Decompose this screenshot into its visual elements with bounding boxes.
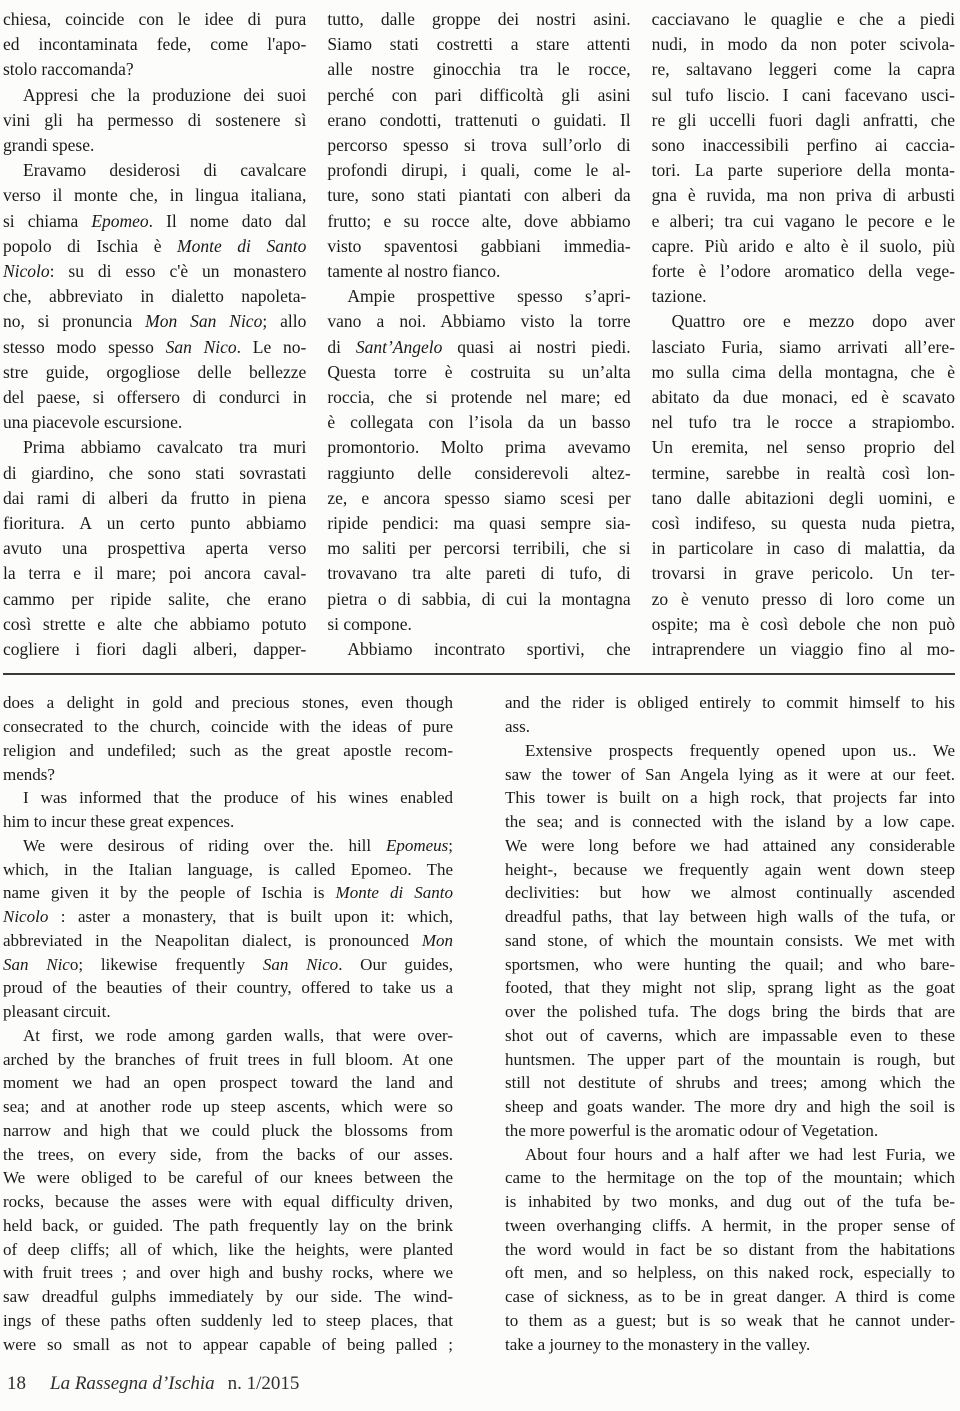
text-line: with fruit trees ; and over high and bus… [3, 1261, 453, 1285]
text-line: tutto, dalle groppe dei nostri asini. [327, 7, 630, 32]
text-line: profondi dirupi, i quali, come le al- [327, 158, 630, 183]
text-line: dai rami di alberi da frutto in piena [3, 486, 306, 511]
text-line: the word would in fact be so distant fro… [505, 1238, 955, 1262]
text-line: di Sant’Angelo quasi ai nostri piedi. [327, 335, 630, 360]
text-line: We were desirous of riding over the. hil… [3, 834, 453, 858]
text-line: ed incontaminata fede, come l'apo- [3, 32, 306, 57]
text-line: Siamo stati costretti a stare attenti [327, 32, 630, 57]
text-line: Nicolo : aster a monastery, that is buil… [3, 905, 453, 929]
text-line: This tower is built on a high rock, that… [505, 786, 955, 810]
english-column-2: and the rider is obliged entirely to com… [505, 691, 955, 1356]
text-line: alle nostre ginocchia tra le rocce, [327, 57, 630, 82]
text-line: percorso spesso si trova sull’orlo di [327, 133, 630, 158]
text-line: religion and undefiled; such as the grea… [3, 739, 453, 763]
text-line: cacciavano le quaglie e che a piedi [652, 7, 955, 32]
text-line: Prima abbiamo cavalcato tra muri [3, 435, 306, 460]
text-line: del paese, si offersero di condurci in [3, 385, 306, 410]
text-line: the trees, on every side, from the backs… [3, 1143, 453, 1167]
text-line: the more powerful is the aromatic odour … [505, 1119, 955, 1143]
text-line: Appresi che la produzione dei suoi [3, 83, 306, 108]
text-line: him to incur these great expences. [3, 810, 453, 834]
text-line: zo è venuto presso di loro come un [652, 587, 955, 612]
text-line: is inhabited by two monks, and dug out o… [505, 1190, 955, 1214]
text-line: mo sulla cima della montagna, che è [652, 360, 955, 385]
text-line: ture, sono stati piantati con alberi da [327, 183, 630, 208]
text-line: held back, or guided. The path frequentl… [3, 1214, 453, 1238]
text-line: cogliere i fiori dagli alberi, dapper- [3, 637, 306, 662]
text-line: arched by the branches of fruit trees in… [3, 1048, 453, 1072]
text-line: ze, e ancora spesso siamo scesi per [327, 486, 630, 511]
english-column-1: does a delight in gold and precious ston… [3, 691, 453, 1356]
text-line: tamente al nostro fianco. [327, 259, 630, 284]
text-line: e alberi; tra cui vagano le pecore e le [652, 209, 955, 234]
text-line: Abbiamo incontrato sportivi, che [327, 637, 630, 662]
text-line: of deep cliffs; all of which, like the h… [3, 1238, 453, 1262]
text-line: came to the hermitage on the top of the … [505, 1166, 955, 1190]
text-line: così indifeso, su questa nuda pietra, [652, 511, 955, 536]
text-line: to them as a guest; but is so weak that … [505, 1309, 955, 1333]
text-line: declivities: but how we almost continual… [505, 881, 955, 905]
text-line: and the rider is obliged entirely to com… [505, 691, 955, 715]
page-footer: 18 La Rassegna d’Ischia n. 1/2015 [3, 1373, 955, 1395]
text-line: San Nico; likewise frequently San Nico. … [3, 953, 453, 977]
text-line: raggiunto delle considerevoli altez- [327, 461, 630, 486]
text-line: still not destitute of shrubs and trees;… [505, 1071, 955, 1095]
text-line: ass. [505, 715, 955, 739]
text-line: were so small as not to appear capable o… [3, 1333, 453, 1357]
italian-column-3: cacciavano le quaglie e che a piedinudi,… [652, 7, 955, 662]
text-line: trovavano tra alte pareti di tufo, di [327, 561, 630, 586]
text-line: abitato da due monaci, ed è scavato [652, 385, 955, 410]
text-line: Quattro ore e mezzo dopo aver [652, 309, 955, 334]
text-line: Nicolo: su di esso c'è un monastero [3, 259, 306, 284]
english-text-section: does a delight in gold and precious ston… [3, 691, 955, 1356]
text-line: di giardino, che sono stati sovrastati [3, 461, 306, 486]
text-line: tano dalle abitazioni degli uomini, e [652, 486, 955, 511]
italian-column-1: chiesa, coincide con le idee di puraed i… [3, 7, 306, 662]
text-line: tween overhanging cliffs. A hermit, in t… [505, 1214, 955, 1238]
text-line: grandi spese. [3, 133, 306, 158]
text-line: over the polished tufa. The dogs bring t… [505, 1000, 955, 1024]
text-line: footed, that they might not slip, sprang… [505, 976, 955, 1000]
text-line: tazione. [652, 284, 955, 309]
text-line: si compone. [327, 612, 630, 637]
text-line: oft men, and so helpless, on this naked … [505, 1261, 955, 1285]
text-line: visto spaventosi gabbiani immedia- [327, 234, 630, 259]
text-line: abbreviated in the Neapolitan dialect, i… [3, 929, 453, 953]
text-line: sheep and goats wander. The more dry and… [505, 1095, 955, 1119]
text-line: sportsmen, who were hunting the quail; a… [505, 953, 955, 977]
text-line: sul tufo liscio. I cani facevano usci- [652, 83, 955, 108]
text-line: erano condotti, trattenuti o guidati. Il [327, 108, 630, 133]
text-line: stolo raccomanda? [3, 57, 306, 82]
text-line: Un eremita, nel senso proprio del [652, 435, 955, 460]
section-divider [3, 673, 955, 675]
text-line: which, in the Italian language, is calle… [3, 858, 453, 882]
text-line: sono inaccessibili perfino ai caccia- [652, 133, 955, 158]
text-line: narrow and high that we could pluck the … [3, 1119, 453, 1143]
text-line: si chiama Epomeo. Il nome dato dal [3, 209, 306, 234]
text-line: forte è l’odore aromatico della vege- [652, 259, 955, 284]
text-line: pietra o di sabbia, di cui la montagna [327, 587, 630, 612]
text-line: does a delight in gold and precious ston… [3, 691, 453, 715]
text-line: termine, sarebbe in realtà così lon- [652, 461, 955, 486]
text-line: sea; and at another rode up steep ascent… [3, 1095, 453, 1119]
journal-title: La Rassegna d’Ischia [50, 1373, 215, 1395]
text-line: re gli uccelli fuori dagli anfratti, che [652, 108, 955, 133]
text-line: trovarsi in grave pericolo. Un ter- [652, 561, 955, 586]
text-line: Eravamo desiderosi di cavalcare [3, 158, 306, 183]
text-line: vano a noi. Abbiamo visto la torre [327, 309, 630, 334]
text-line: rocks, because the asses were with equal… [3, 1190, 453, 1214]
text-line: saw the tower of San Angela lying as it … [505, 763, 955, 787]
text-line: gna è ruvida, ma non priva di arbusti [652, 183, 955, 208]
text-line: una piacevole escursione. [3, 410, 306, 435]
text-line: I was informed that the produce of his w… [3, 786, 453, 810]
text-line: About four hours and a half after we had… [505, 1143, 955, 1167]
issue-number: n. 1/2015 [228, 1373, 300, 1395]
text-line: mo saliti per percorsi terribili, che si [327, 536, 630, 561]
text-line: popolo di Ischia è Monte di Santo [3, 234, 306, 259]
page-number: 18 [7, 1373, 26, 1395]
text-line: cammo per ripide salite, che erano [3, 587, 306, 612]
text-line: At first, we rode among garden walls, th… [3, 1024, 453, 1048]
italian-text-section: chiesa, coincide con le idee di puraed i… [3, 7, 955, 662]
text-line: case of sickness, as to be in great dang… [505, 1285, 955, 1309]
text-line: roccia, che si protende nel mare; ed [327, 385, 630, 410]
text-line: huntsmen. The upper part of the mountain… [505, 1048, 955, 1072]
text-line: consecrated to the church, coincide with… [3, 715, 453, 739]
text-line: the sea; and is connected with the islan… [505, 810, 955, 834]
text-line: sand stone, of which the mountain consis… [505, 929, 955, 953]
text-line: ospite; ma è così debole che non può [652, 612, 955, 637]
text-line: stre guide, orgogliose delle bellezze [3, 360, 306, 385]
text-line: nudi, in modo da non poter scivola- [652, 32, 955, 57]
magazine-page: chiesa, coincide con le idee di puraed i… [0, 0, 960, 1411]
text-line: pleasant circuit. [3, 1000, 453, 1024]
text-line: promontorio. Molto prima avevamo [327, 435, 630, 460]
text-line: fioritura. A un certo punto abbiamo [3, 511, 306, 536]
text-line: è collegata con l’isola da un basso [327, 410, 630, 435]
text-line: perché con pari difficoltà gli asini [327, 83, 630, 108]
text-line: re, saltavano leggeri come la capra [652, 57, 955, 82]
text-line: proud of the beauties of their country, … [3, 976, 453, 1000]
text-line: stesso modo spesso San Nico. Le no- [3, 335, 306, 360]
text-line: name given it by the people of Ischia is… [3, 881, 453, 905]
text-line: moment we had an open prospect toward th… [3, 1071, 453, 1095]
text-line: Ampie prospettive spesso s’apri- [327, 284, 630, 309]
text-line: saw dreadful gulphs immediately by our s… [3, 1285, 453, 1309]
text-line: che, abbreviato in dialetto napoleta- [3, 284, 306, 309]
text-line: la terra e il mare; poi ancora caval- [3, 561, 306, 586]
text-line: no, si pronuncia Mon San Nico; allo [3, 309, 306, 334]
text-line: ings of these paths often suddenly led t… [3, 1309, 453, 1333]
text-line: Questa torre è costruita su un’alta [327, 360, 630, 385]
text-line: frutto; e su rocce alte, dove abbiamo [327, 209, 630, 234]
text-line: vini gli ha permesso di sostenere sì [3, 108, 306, 133]
text-line: verso il monte che, in lingua italiana, [3, 183, 306, 208]
text-line: We were obliged to be careful of our kne… [3, 1166, 453, 1190]
text-line: lasciato Furia, siamo arrivati all’ere- [652, 335, 955, 360]
text-line: tori. La parte superiore della monta- [652, 158, 955, 183]
text-line: avuto una prospettiva aperta verso [3, 536, 306, 561]
text-line: chiesa, coincide con le idee di pura [3, 7, 306, 32]
text-line: mends? [3, 763, 453, 787]
text-line: We were long before we had attained any … [505, 834, 955, 858]
text-line: Extensive prospects frequently opened up… [505, 739, 955, 763]
text-line: così strette e alte che abbiamo potuto [3, 612, 306, 637]
text-line: take a journey to the monastery in the v… [505, 1333, 955, 1357]
text-line: dreadful paths, that lay between high wa… [505, 905, 955, 929]
italian-column-2: tutto, dalle groppe dei nostri asini.Sia… [327, 7, 630, 662]
text-line: intraprendere un viaggio fino al mo- [652, 637, 955, 662]
text-line: in particolare in caso di malattia, da [652, 536, 955, 561]
text-line: shot out of caverns, which are impassabl… [505, 1024, 955, 1048]
text-line: capre. Più arido e alto è il suolo, più [652, 234, 955, 259]
text-line: ripide pendici: ma quasi sempre sia- [327, 511, 630, 536]
text-line: nel tufo tra le rocce a strapiombo. [652, 410, 955, 435]
text-line: height-, because we frequently again wen… [505, 858, 955, 882]
